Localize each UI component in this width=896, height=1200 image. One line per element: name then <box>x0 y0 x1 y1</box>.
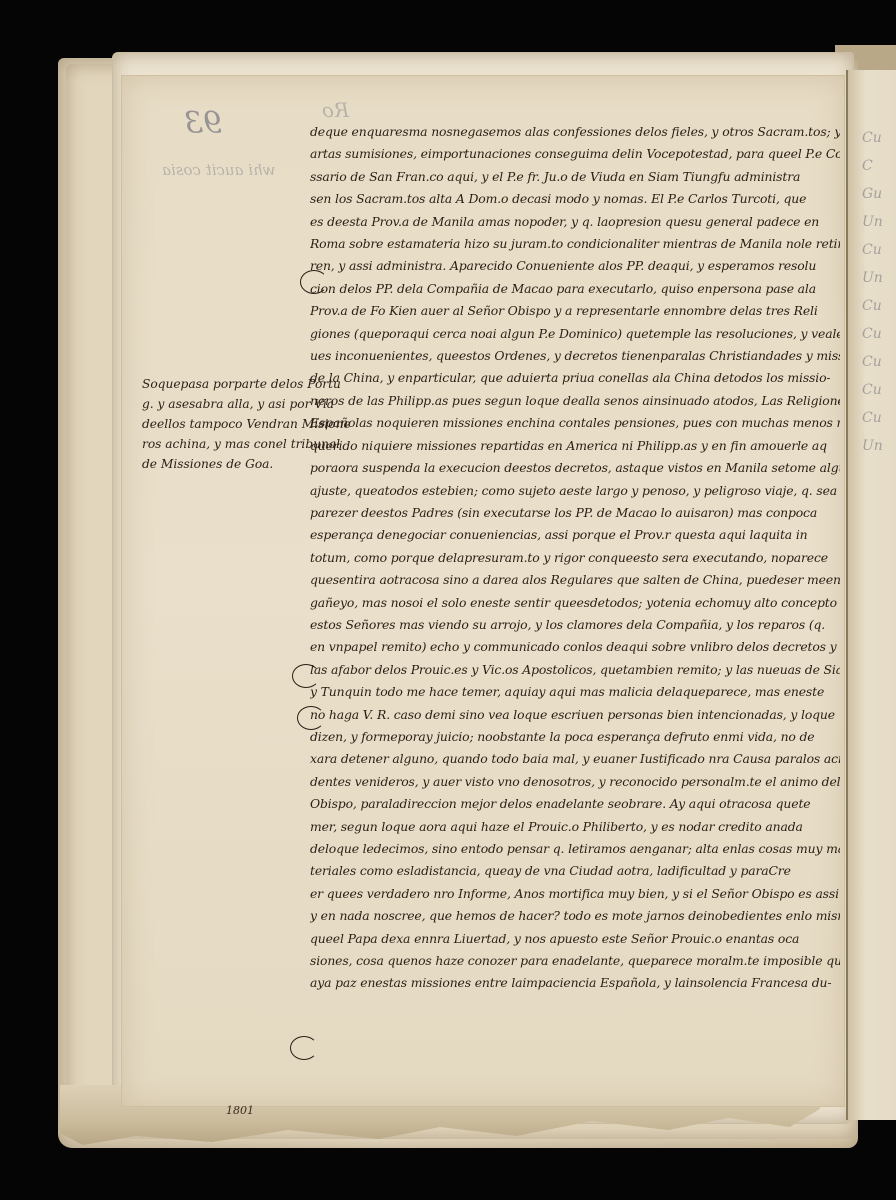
text-line: ajuste, queatodos estebien; como sujeto … <box>310 480 840 502</box>
facing-page-text-fragment: Cu <box>862 326 882 342</box>
text-line: siones, cosa quenos haze conozer para en… <box>310 950 840 972</box>
text-line: estos Señores mas viendo su arrojo, y lo… <box>310 614 840 636</box>
text-line: deque enquaresma nosnegasemos alas confe… <box>310 121 840 143</box>
text-line: es deesta Prov.a de Manila amas nopoder,… <box>310 211 840 233</box>
facing-page-text-fragment: C <box>862 158 873 174</box>
bleed-through-text: whi aucit cosia <box>162 161 276 179</box>
text-line: artas sumisiones, eimportunaciones conse… <box>310 143 840 165</box>
facing-page-text-fragment: Un <box>862 214 883 230</box>
facing-page-text-fragment: Cu <box>862 382 882 398</box>
facing-page-text-fragment: Cu <box>862 130 882 146</box>
facing-page-text-fragment: Un <box>862 438 883 454</box>
margin-note: Soquepasa porparte delos Portug. y asesa… <box>142 374 322 474</box>
text-line: dizen, y formeporay juicio; noobstante l… <box>310 726 840 748</box>
text-line: Prov.a de Fo Kien auer al Señor Obispo y… <box>310 300 840 322</box>
text-line: y Tunquin todo me hace temer, aquiay aqu… <box>310 681 840 703</box>
text-line: y en nada noscree, que hemos de hacer? t… <box>310 905 840 927</box>
text-line: Obispo, paraladireccion mejor delos enad… <box>310 793 840 815</box>
text-line: teriales como esladistancia, queay de vn… <box>310 860 840 882</box>
text-line: de la China, y enparticular, que aduiert… <box>310 367 840 389</box>
text-line: no haga V. R. caso demi sino vea loque e… <box>310 704 840 726</box>
text-line: esperança denegociar conueniencias, assi… <box>310 524 840 546</box>
text-line: mer, segun loque aora aqui haze el Proui… <box>310 816 840 838</box>
margin-note-line: de Missiones de Goa. <box>142 454 322 474</box>
text-line: sen los Sacram.tos alta A Dom.o decasi m… <box>310 188 840 210</box>
flourish-mark <box>290 1036 318 1060</box>
text-line: las afabor delos Prouic.es y Vic.os Apos… <box>310 659 840 681</box>
text-line: Españolas noquieren missiones enchina co… <box>310 412 840 434</box>
facing-page-text-fragment: Cu <box>862 298 882 314</box>
flourish-mark <box>292 664 320 688</box>
margin-note-line: ros achina, y mas conel tribunal <box>142 434 322 454</box>
margin-note-line: deellos tampoco Vendran Misione <box>142 414 322 434</box>
text-line: totum, como porque delapresuram.to y rig… <box>310 547 840 569</box>
flourish-mark <box>300 270 328 294</box>
text-line: Roma sobre estamateria hizo su juram.to … <box>310 233 840 255</box>
facing-page-text-fragment: Un <box>862 270 883 286</box>
text-line: gañeyo, mas nosoi el solo eneste sentir … <box>310 592 840 614</box>
text-line: neros de las Philipp.as pues segun loque… <box>310 390 840 412</box>
text-line: poraora suspenda la execucion deestos de… <box>310 457 840 479</box>
text-line: ren, y assi administra. Aparecido Conuen… <box>310 255 840 277</box>
facing-page-text-fragment: Cu <box>862 410 882 426</box>
margin-note-line: Soquepasa porparte delos Portu <box>142 374 322 394</box>
manuscript-page: 93 whi aucit cosia Ro Soquepasa porparte… <box>122 76 844 1106</box>
text-line: xara detener alguno, quando todo baia ma… <box>310 748 840 770</box>
text-line: ssario de San Fran.co aqui, y el P.e fr.… <box>310 166 840 188</box>
text-line: ues inconuenientes, queestos Ordenes, y … <box>310 345 840 367</box>
text-line: giones (queporaqui cerca noai algun P.e … <box>310 323 840 345</box>
text-line: deloque ledecimos, sino entodo pensar q.… <box>310 838 840 860</box>
main-text-body: deque enquaresma nosnegasemos alas confe… <box>310 121 840 995</box>
text-line: dentes venideros, y auer visto vno denos… <box>310 771 840 793</box>
text-line: querido niquiere missiones repartidas en… <box>310 435 840 457</box>
bottom-edge-number: 1801 <box>226 1104 254 1117</box>
text-line: queel Papa dexa ennra Liuertad, y nos ap… <box>310 928 840 950</box>
bleed-through-text: Ro <box>322 98 349 122</box>
text-line: parezer deestos Padres (sin executarse l… <box>310 502 840 524</box>
text-line: er quees verdadero nro Informe, Anos mor… <box>310 883 840 905</box>
text-line: quesentira aotracosa sino a darea alos R… <box>310 569 840 591</box>
text-line: cion delos PP. dela Compañia de Macao pa… <box>310 278 840 300</box>
facing-page-text-fragment: Gu <box>862 186 882 202</box>
text-line: en vnpapel remito) echo y communicado co… <box>310 636 840 658</box>
facing-page-text-fragment: Cu <box>862 354 882 370</box>
margin-note-line: g. y asesabra alla, y asi por Via <box>142 394 322 414</box>
facing-page-edge: CuCGuUnCuUnCuCuCuCuCuUn <box>846 70 896 1120</box>
flourish-mark <box>297 706 325 730</box>
text-line: aya paz enestas missiones entre laimpaci… <box>310 972 840 994</box>
facing-page-text-fragment: Cu <box>862 242 882 258</box>
pencil-folio-number: 93 <box>184 106 222 141</box>
